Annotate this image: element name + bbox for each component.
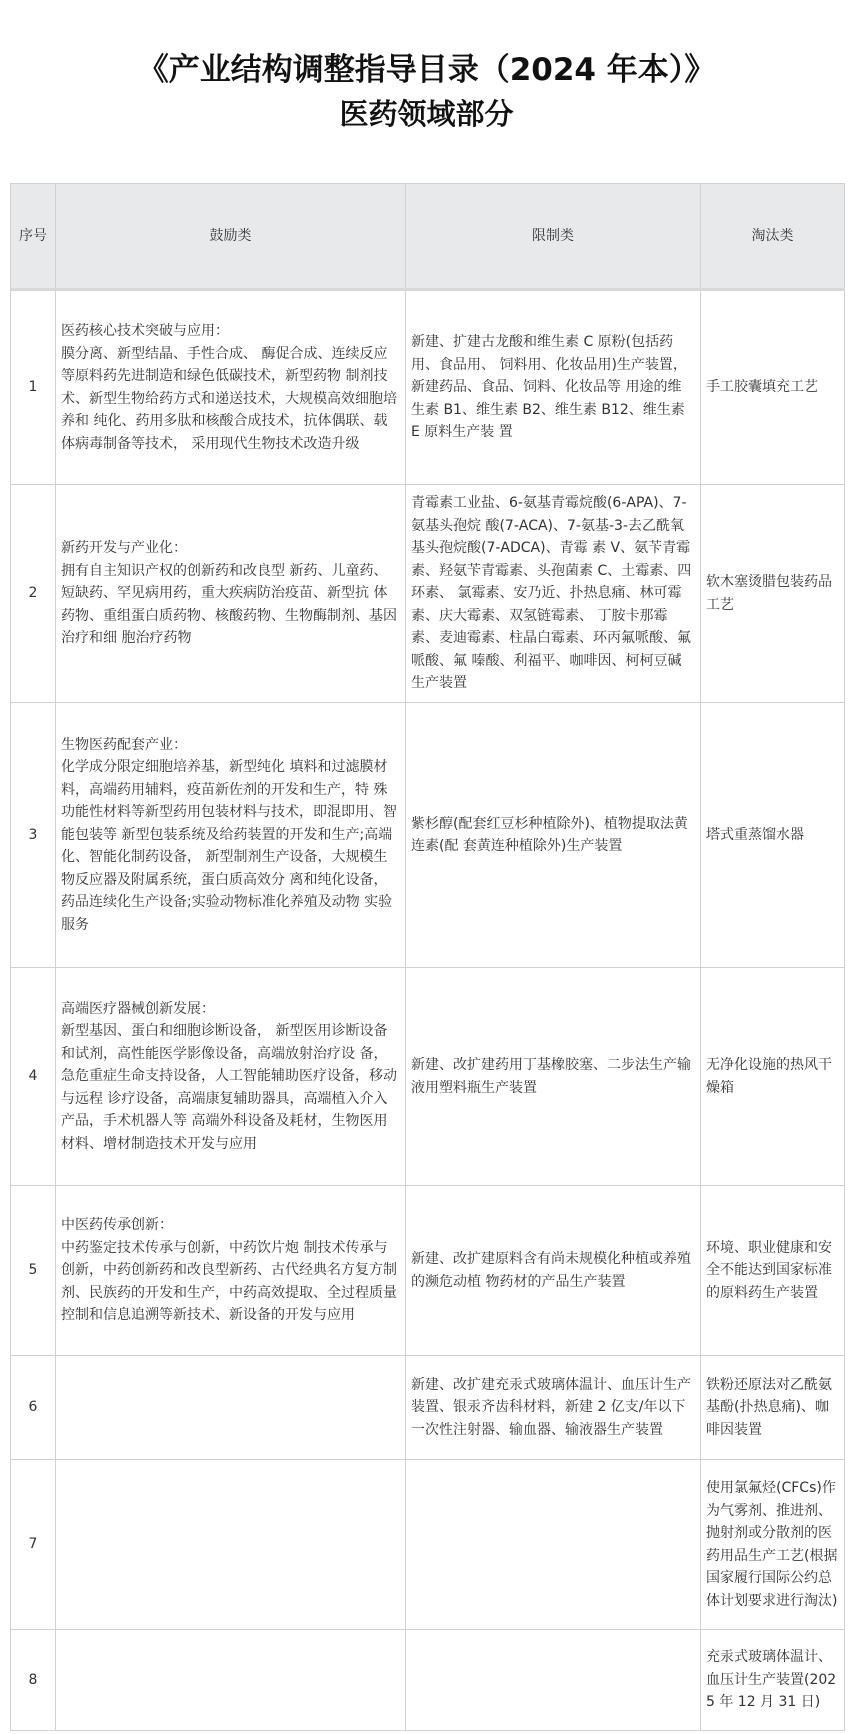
encouraged-heading: 医药核心技术突破与应用：: [61, 320, 400, 343]
encouraged-body: 拥有自主知识产权的创新药和改良型 新药、儿童药、短缺药、罕见病用药，重大疾病防治…: [61, 560, 400, 650]
header-index: 序号: [11, 184, 56, 290]
encouraged-body: 膜分离、新型结晶、手性合成、 酶促合成、连续反应等原料药先进制造和绿色低碳技术，…: [61, 343, 400, 456]
encouraged-cell: [56, 1460, 406, 1630]
table-row: 4 高端医疗器械创新发展： 新型基因、蛋白和细胞诊断设备， 新型医用诊断设备和试…: [11, 968, 845, 1186]
eliminated-cell: 无净化设施的热风干燥箱: [701, 968, 845, 1186]
encouraged-cell: [56, 1630, 406, 1731]
restricted-cell: 新建、改扩建原料含有尚未规模化种植或养殖的濒危动植 物药材的产品生产装置: [406, 1186, 701, 1356]
encouraged-body: 中药鉴定技术传承与创新，中药饮片炮 制技术传承与创新，中药创新药和改良型新药、古…: [61, 1237, 400, 1327]
eliminated-cell: 充汞式玻璃体温计、血压计生产装置(2025 年 12 月 31 日): [701, 1630, 845, 1731]
restricted-cell: 新建、改扩建充汞式玻璃体温计、血压计生产装置、银汞齐齿科材料，新建 2 亿支/年…: [406, 1356, 701, 1460]
encouraged-cell: 新药开发与产业化： 拥有自主知识产权的创新药和改良型 新药、儿童药、短缺药、罕见…: [56, 485, 406, 703]
eliminated-cell: 环境、职业健康和安全不能达到国家标准的原料药生产装置: [701, 1186, 845, 1356]
row-index: 3: [11, 703, 56, 968]
restricted-cell: 新建、扩建古龙酸和维生素 C 原粉(包括药用、食品用、 饲料用、化妆品用)生产装…: [406, 290, 701, 485]
row-index: 5: [11, 1186, 56, 1356]
header-encouraged: 鼓励类: [56, 184, 406, 290]
header-eliminated: 淘汰类: [701, 184, 845, 290]
eliminated-cell: 手工胶囊填充工艺: [701, 290, 845, 485]
table-row: 6 新建、改扩建充汞式玻璃体温计、血压计生产装置、银汞齐齿科材料，新建 2 亿支…: [11, 1356, 845, 1460]
row-index: 7: [11, 1460, 56, 1630]
title-subtitle: 医药领域部分: [0, 92, 853, 136]
restricted-cell: 新建、改扩建药用丁基橡胶塞、二步法生产输液用塑料瓶生产装置: [406, 968, 701, 1186]
encouraged-heading: 高端医疗器械创新发展：: [61, 998, 400, 1021]
table-row: 7 使用氯氟烃(CFCs)作为气雾剂、推进剂、抛射剂或分散剂的医药用品生产工艺(…: [11, 1460, 845, 1630]
encouraged-body: 化学成分限定细胞培养基，新型纯化 填料和过滤膜材料，高端药用辅料，疫苗新佐剂的开…: [61, 756, 400, 936]
catalog-table: 序号 鼓励类 限制类 淘汰类 1 医药核心技术突破与应用： 膜分离、新型结晶、手…: [10, 183, 845, 1731]
table-row: 1 医药核心技术突破与应用： 膜分离、新型结晶、手性合成、 酶促合成、连续反应等…: [11, 290, 845, 485]
encouraged-heading: 新药开发与产业化：: [61, 537, 400, 560]
title-main: 《产业结构调整指导目录（2024 年本）》: [0, 48, 853, 92]
encouraged-heading: 中医药传承创新：: [61, 1214, 400, 1237]
table-row: 5 中医药传承创新： 中药鉴定技术传承与创新，中药饮片炮 制技术传承与创新，中药…: [11, 1186, 845, 1356]
row-index: 8: [11, 1630, 56, 1731]
restricted-cell: [406, 1460, 701, 1630]
document-title: 《产业结构调整指导目录（2024 年本）》 医药领域部分: [0, 48, 853, 136]
eliminated-cell: 塔式重蒸馏水器: [701, 703, 845, 968]
encouraged-cell: [56, 1356, 406, 1460]
eliminated-cell: 铁粉还原法对乙酰氨基酚(扑热息痛)、咖啡因装置: [701, 1356, 845, 1460]
restricted-cell: [406, 1630, 701, 1731]
restricted-cell: 青霉素工业盐、6-氨基青霉烷酸(6-APA)、7-氨基头孢烷 酸(7-ACA)、…: [406, 485, 701, 703]
encouraged-cell: 高端医疗器械创新发展： 新型基因、蛋白和细胞诊断设备， 新型医用诊断设备和试剂，…: [56, 968, 406, 1186]
table-row: 8 充汞式玻璃体温计、血压计生产装置(2025 年 12 月 31 日): [11, 1630, 845, 1731]
eliminated-cell: 软木塞烫腊包装药品工艺: [701, 485, 845, 703]
row-index: 1: [11, 290, 56, 485]
restricted-cell: 紫杉醇(配套红豆杉种植除外)、植物提取法黄连素(配 套黄连种植除外)生产装置: [406, 703, 701, 968]
encouraged-cell: 医药核心技术突破与应用： 膜分离、新型结晶、手性合成、 酶促合成、连续反应等原料…: [56, 290, 406, 485]
eliminated-cell: 使用氯氟烃(CFCs)作为气雾剂、推进剂、抛射剂或分散剂的医药用品生产工艺(根据…: [701, 1460, 845, 1630]
table-row: 3 生物医药配套产业： 化学成分限定细胞培养基，新型纯化 填料和过滤膜材料，高端…: [11, 703, 845, 968]
table-row: 2 新药开发与产业化： 拥有自主知识产权的创新药和改良型 新药、儿童药、短缺药、…: [11, 485, 845, 703]
table-header-row: 序号 鼓励类 限制类 淘汰类: [11, 184, 845, 290]
encouraged-cell: 中医药传承创新： 中药鉴定技术传承与创新，中药饮片炮 制技术传承与创新，中药创新…: [56, 1186, 406, 1356]
encouraged-cell: 生物医药配套产业： 化学成分限定细胞培养基，新型纯化 填料和过滤膜材料，高端药用…: [56, 703, 406, 968]
row-index: 6: [11, 1356, 56, 1460]
header-restricted: 限制类: [406, 184, 701, 290]
row-index: 2: [11, 485, 56, 703]
encouraged-body: 新型基因、蛋白和细胞诊断设备， 新型医用诊断设备和试剂，高性能医学影像设备，高端…: [61, 1020, 400, 1155]
encouraged-heading: 生物医药配套产业：: [61, 734, 400, 757]
row-index: 4: [11, 968, 56, 1186]
